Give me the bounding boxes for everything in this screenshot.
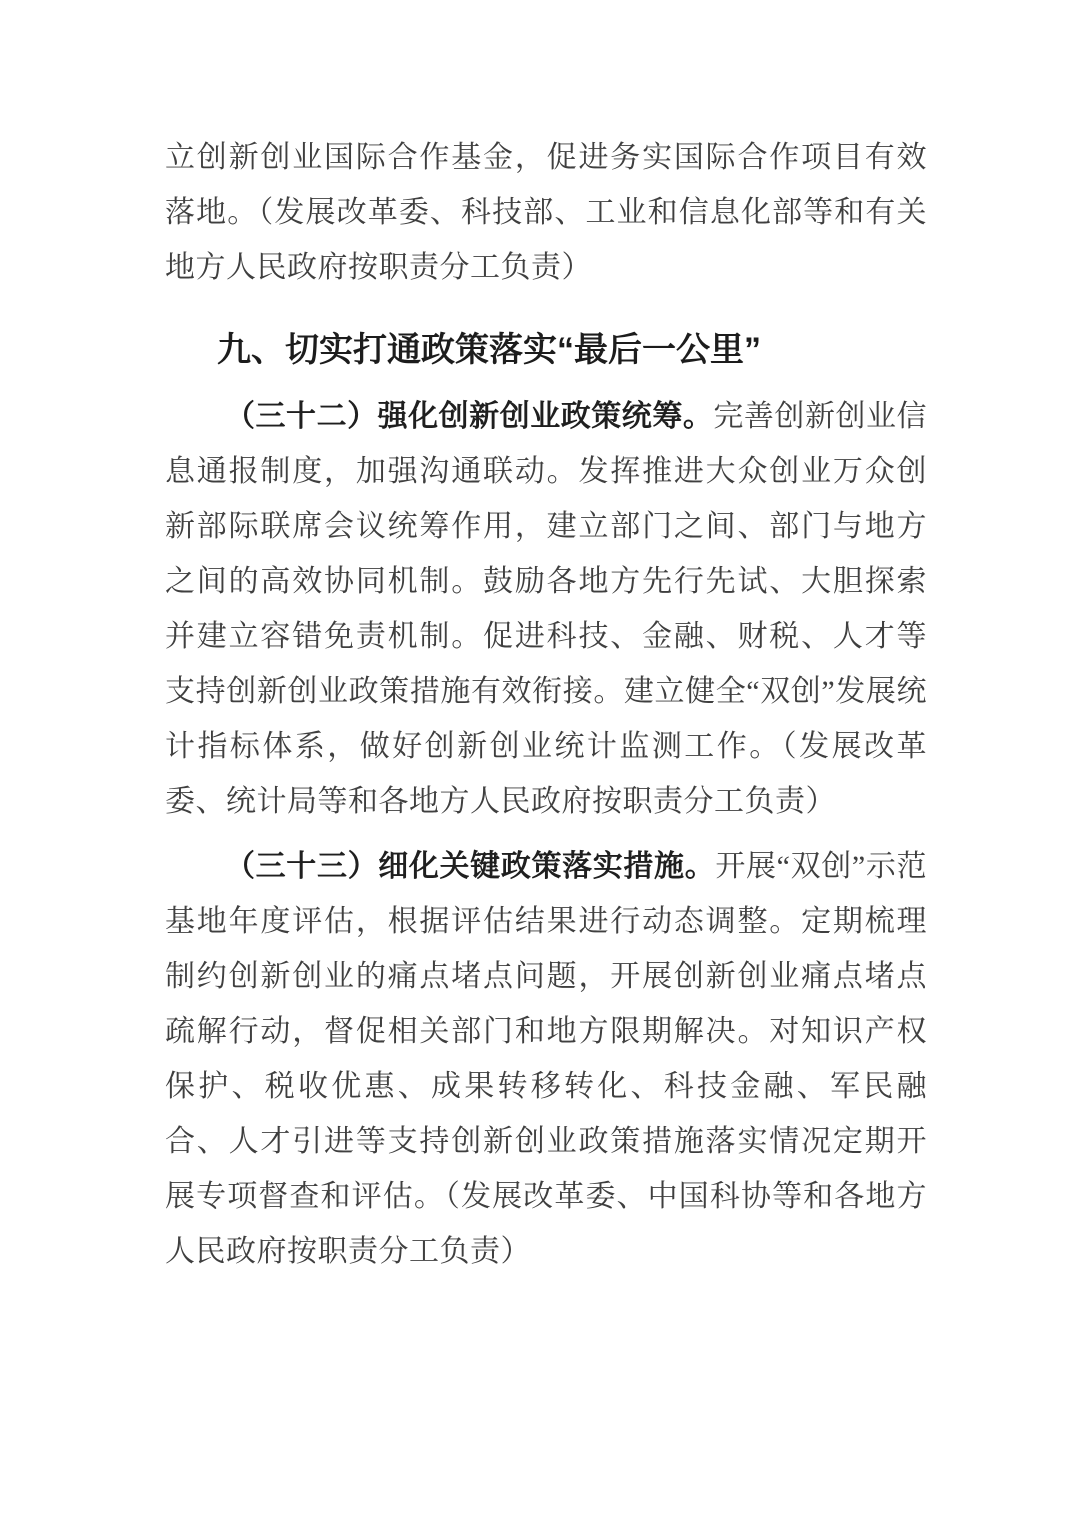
document-page: 立创新创业国际合作基金，促进务实国际合作项目有效落地。（发展改革委、科技部、工业…: [0, 0, 1080, 1527]
clause-paragraph-32: （三十二）强化创新创业政策统筹。完善创新创业信息通报制度，加强沟通联动。发挥推进…: [165, 389, 927, 829]
continuation-paragraph: 立创新创业国际合作基金，促进务实国际合作项目有效落地。（发展改革委、科技部、工业…: [165, 130, 927, 295]
clause-32-body: 完善创新创业信息通报制度，加强沟通联动。发挥推进大众创业万众创新部际联席会议统筹…: [165, 400, 927, 818]
continuation-paragraph-text: 立创新创业国际合作基金，促进务实国际合作项目有效落地。（发展改革委、科技部、工业…: [165, 141, 927, 284]
clause-33-lead: （三十三）细化关键政策落实措施。: [225, 850, 715, 883]
section-heading: 九、切实打通政策落实“最后一公里”: [165, 321, 927, 379]
clause-paragraph-33: （三十三）细化关键政策落实措施。开展“双创”示范基地年度评估，根据评估结果进行动…: [165, 839, 927, 1279]
clause-33-body: 开展“双创”示范基地年度评估，根据评估结果进行动态调整。定期梳理制约创新创业的痛…: [165, 850, 927, 1268]
clause-32-lead: （三十二）强化创新创业政策统筹。: [225, 400, 713, 433]
